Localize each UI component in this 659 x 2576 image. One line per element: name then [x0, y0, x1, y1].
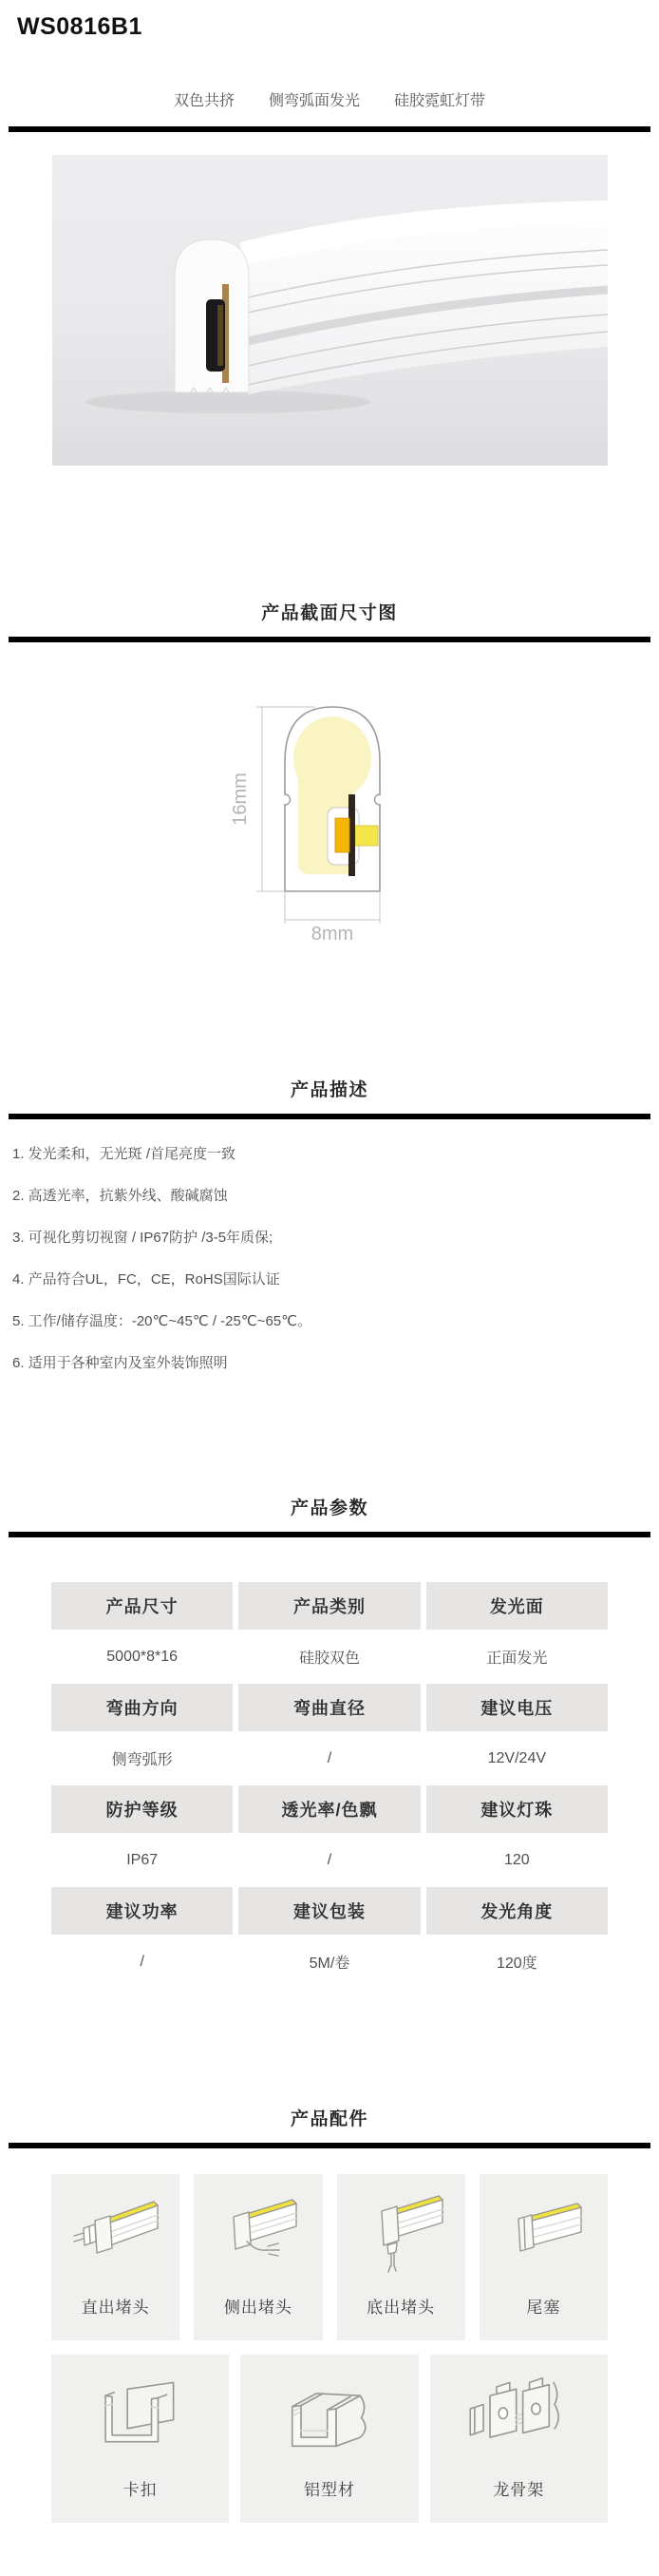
hero-product-image	[52, 155, 608, 466]
table-cell: 120度	[426, 1935, 608, 1989]
table-cell: 120	[426, 1833, 608, 1887]
table-cell: 防护等级	[51, 1785, 233, 1833]
description-list: 1. 发光柔和，无光斑 /首尾亮度一致 2. 高透光率，抗紫外线、酸碱腐蚀 3.…	[0, 1119, 659, 1374]
page-bottom-spacer	[0, 2523, 659, 2575]
description-item: 2. 高透光率，抗紫外线、酸碱腐蚀	[12, 1186, 659, 1207]
section-title-accessories: 产品配件	[0, 2105, 659, 2130]
accessory-label: 尾塞	[526, 2294, 560, 2340]
accessory-card: 底出堵头	[337, 2174, 465, 2340]
table-header-row: 弯曲方向 弯曲直径 建议电压	[51, 1684, 608, 1731]
accessory-card: 直出堵头	[51, 2174, 179, 2340]
product-page: WS0816B1 双色共挤 侧弯弧面发光 硅胶霓虹灯带	[0, 0, 659, 2575]
table-cell: 建议包装	[238, 1887, 420, 1935]
table-cell: /	[51, 1935, 233, 1989]
accessory-card: 尾塞	[480, 2174, 608, 2340]
table-cell: 透光率/色飘	[238, 1785, 420, 1833]
description-item: 3. 可视化剪切视窗 / IP67防护 /3-5年质保;	[12, 1228, 659, 1249]
accessory-label: 直出堵头	[82, 2294, 150, 2340]
cross-section-diagram: 16mm 8mm	[0, 701, 659, 941]
table-value-row: 5000*8*16 硅胶双色 正面发光	[51, 1630, 608, 1684]
side-exit-cap-icon	[209, 2191, 308, 2277]
height-dimension-label: 16mm	[230, 773, 251, 826]
description-item: 5. 工作/储存温度：-20℃~45℃ / -25℃~65℃。	[12, 1311, 659, 1332]
table-cell: 建议功率	[51, 1887, 233, 1935]
accessory-label: 卡扣	[123, 2476, 158, 2523]
table-value-row: IP67 / 120	[51, 1833, 608, 1887]
accessories-row-2: 卡扣 铝型材	[51, 2355, 608, 2523]
table-cell: 5M/卷	[238, 1935, 420, 1989]
table-value-row: 侧弯弧形 / 12V/24V	[51, 1731, 608, 1785]
feature-tag-co-extrusion: 双色共挤	[174, 88, 235, 110]
divider-bar	[9, 126, 650, 132]
page-title: WS0816B1	[0, 0, 659, 41]
description-item: 6. 适用于各种室内及室外装饰照明	[12, 1353, 659, 1374]
divider-bar	[9, 1532, 650, 1537]
table-header-row: 防护等级 透光率/色飘 建议灯珠	[51, 1785, 608, 1833]
table-header-row: 建议功率 建议包装 发光角度	[51, 1887, 608, 1935]
straight-exit-cap-icon	[66, 2191, 165, 2277]
aluminum-profile-icon	[273, 2368, 386, 2463]
accessories-row-1: 直出堵头 侧出堵头	[51, 2174, 608, 2340]
table-cell: 发光面	[426, 1582, 608, 1630]
table-cell: 发光角度	[426, 1887, 608, 1935]
table-cell: 产品尺寸	[51, 1582, 233, 1630]
table-cell: 弯曲方向	[51, 1684, 233, 1731]
table-value-row: / 5M/卷 120度	[51, 1935, 608, 1989]
table-cell: 侧弯弧形	[51, 1731, 233, 1785]
description-item: 1. 发光柔和，无光斑 /首尾亮度一致	[12, 1144, 659, 1165]
table-cell: 弯曲直径	[238, 1684, 420, 1731]
divider-bar	[9, 637, 650, 642]
cross-section-drawing: 16mm 8mm	[211, 701, 448, 941]
feature-tags: 双色共挤 侧弯弧面发光 硅胶霓虹灯带	[0, 88, 659, 110]
feature-tag-side-bend: 侧弯弧面发光	[269, 88, 360, 110]
description-item: 4. 产品符合UL，FC，CE，RoHS国际认证	[12, 1269, 659, 1290]
table-cell: 正面发光	[426, 1630, 608, 1684]
accessory-label: 侧出堵头	[224, 2294, 292, 2340]
accessory-card: 龙骨架	[430, 2355, 608, 2523]
section-title-parameters: 产品参数	[0, 1494, 659, 1519]
accessory-card: 卡扣	[51, 2355, 229, 2523]
tail-plug-icon	[494, 2191, 593, 2277]
table-cell: IP67	[51, 1833, 233, 1887]
width-dimension-label: 8mm	[311, 924, 353, 941]
table-cell: /	[238, 1731, 420, 1785]
section-title-description: 产品描述	[0, 1076, 659, 1101]
table-cell: 硅胶双色	[238, 1630, 420, 1684]
keel-bracket-icon	[461, 2368, 575, 2463]
table-header-row: 产品尺寸 产品类别 发光面	[51, 1582, 608, 1630]
table-cell: 12V/24V	[426, 1731, 608, 1785]
table-cell: 5000*8*16	[51, 1630, 233, 1684]
accessory-label: 底出堵头	[367, 2294, 435, 2340]
bottom-exit-cap-icon	[351, 2191, 450, 2277]
neon-strip-render	[52, 155, 608, 466]
feature-tag-silicone-neon: 硅胶霓虹灯带	[394, 88, 485, 110]
accessory-card: 铝型材	[240, 2355, 418, 2523]
table-cell: 建议灯珠	[426, 1785, 608, 1833]
section-title-cross-section: 产品截面尺寸图	[0, 599, 659, 624]
table-cell: 建议电压	[426, 1684, 608, 1731]
accessory-label: 铝型材	[304, 2476, 355, 2523]
accessory-card: 侧出堵头	[194, 2174, 322, 2340]
table-cell: /	[238, 1833, 420, 1887]
table-cell: 产品类别	[238, 1582, 420, 1630]
accessory-label: 龙骨架	[493, 2476, 544, 2523]
divider-bar	[9, 2143, 650, 2148]
parameters-table: 产品尺寸 产品类别 发光面 5000*8*16 硅胶双色 正面发光 弯曲方向 弯…	[51, 1582, 608, 1989]
mounting-clip-icon	[84, 2368, 198, 2463]
